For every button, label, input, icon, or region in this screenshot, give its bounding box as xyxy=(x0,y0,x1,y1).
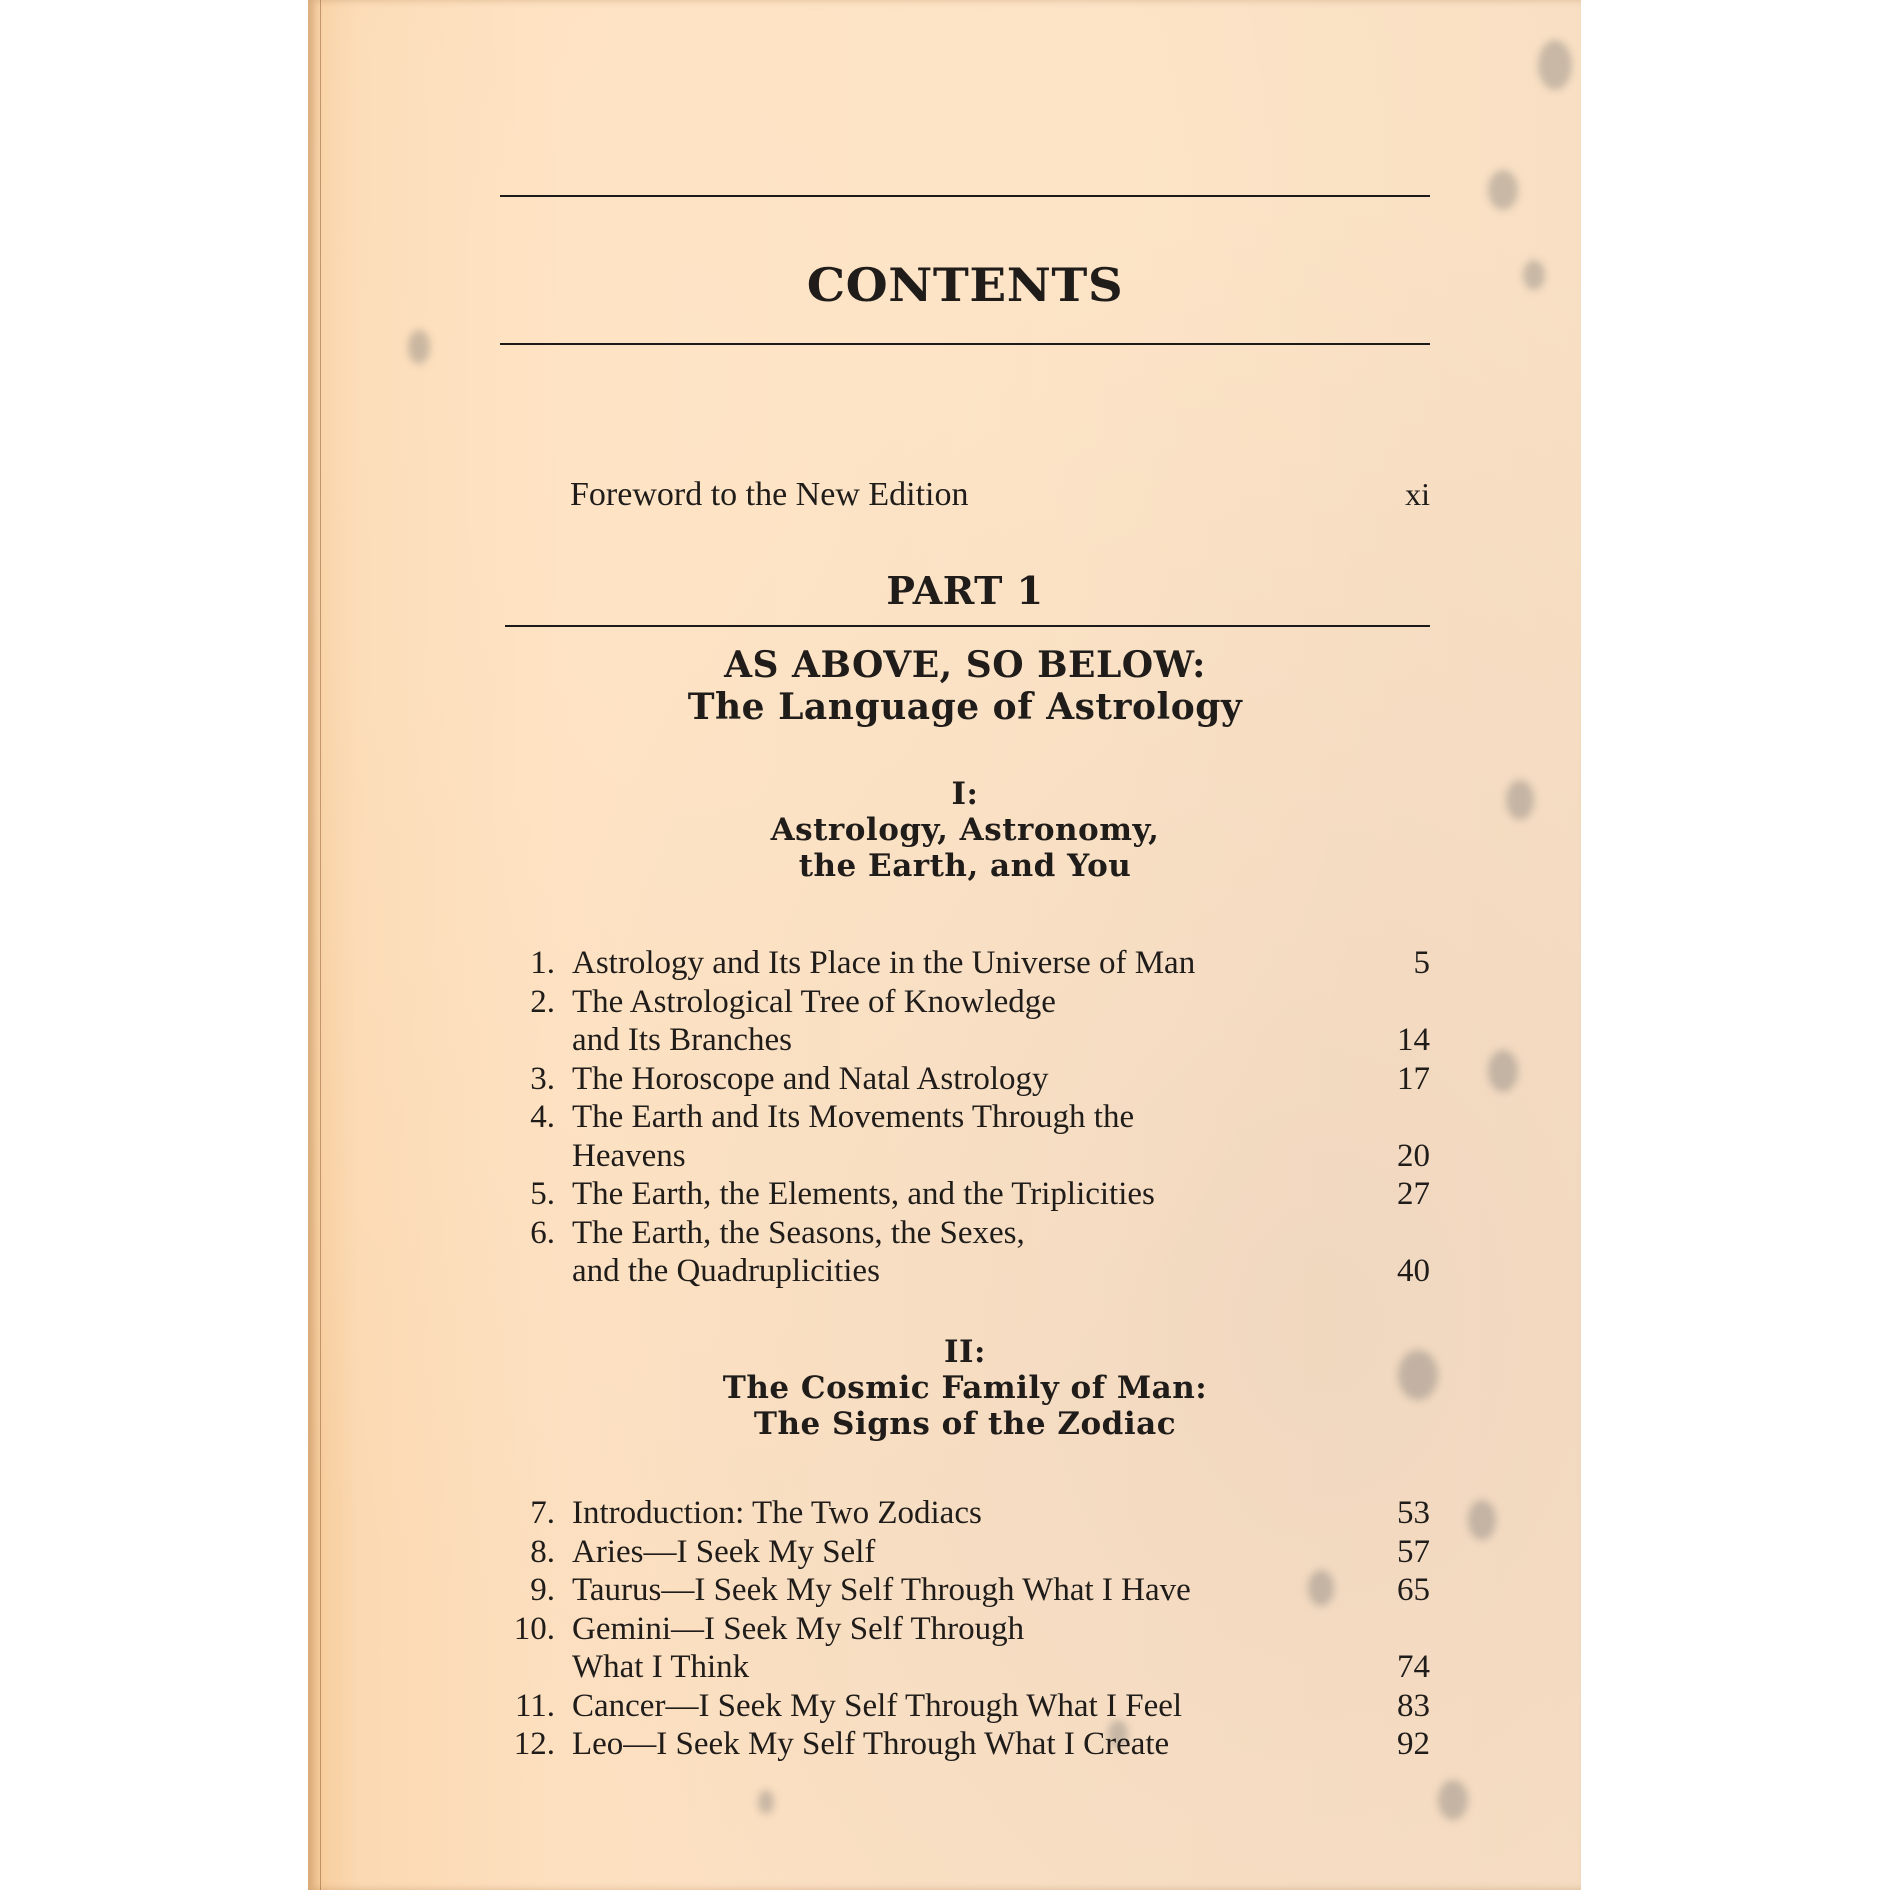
stain xyxy=(1506,780,1534,820)
title-rule xyxy=(500,343,1430,345)
toc-entry[interactable]: 4.The Earth and Its Movements Through th… xyxy=(500,1098,1430,1175)
chapter-page-number: 40 xyxy=(1397,1252,1430,1290)
chapter-title: The Earth, the Elements, and the Triplic… xyxy=(572,1175,1155,1213)
stain xyxy=(408,330,430,364)
chapter-page-number: 65 xyxy=(1397,1571,1430,1609)
chapter-title: The Earth and Its Movements Through the xyxy=(572,1098,1134,1136)
chapter-title: Gemini—I Seek My Self Through xyxy=(572,1610,1024,1648)
chapter-page-number: 53 xyxy=(1397,1494,1430,1532)
chapter-title: The Horoscope and Natal Astrology xyxy=(572,1060,1049,1098)
chapter-title: Heavens xyxy=(572,1137,686,1175)
toc-entry[interactable]: 9.Taurus—I Seek My Self Through What I H… xyxy=(500,1571,1430,1610)
stain xyxy=(1538,40,1572,90)
stain xyxy=(1468,1500,1496,1540)
toc-entry[interactable]: 1.Astrology and Its Place in the Univers… xyxy=(500,944,1430,983)
chapter-number: 9. xyxy=(495,1571,555,1609)
chapter-page-number: 20 xyxy=(1397,1137,1430,1175)
section-1-title-line2: the Earth, and You xyxy=(500,848,1430,884)
chapter-page-number: 57 xyxy=(1397,1533,1430,1571)
chapter-number: 3. xyxy=(495,1060,555,1098)
chapter-number: 4. xyxy=(495,1098,555,1136)
foreword-link[interactable]: Foreword to the New Edition xyxy=(570,476,969,514)
section-2-title-line2: The Signs of the Zodiac xyxy=(500,1406,1430,1442)
chapter-title: Leo—I Seek My Self Through What I Create xyxy=(572,1725,1169,1763)
chapter-number: 8. xyxy=(495,1533,555,1571)
section-2-numeral: II: xyxy=(500,1334,1430,1370)
part-rule xyxy=(505,625,1430,627)
foreword-page: xi xyxy=(1380,476,1430,513)
section-1-title-line1: Astrology, Astronomy, xyxy=(500,812,1430,848)
part-title-line2: The Language of Astrology xyxy=(500,686,1430,728)
chapter-title: Cancer—I Seek My Self Through What I Fee… xyxy=(572,1687,1182,1725)
chapter-number: 12. xyxy=(495,1725,555,1763)
chapter-page-number: 17 xyxy=(1397,1060,1430,1098)
page-title: CONTENTS xyxy=(477,258,1454,312)
stain xyxy=(1438,1780,1468,1820)
chapter-page-number: 74 xyxy=(1397,1648,1430,1686)
chapter-page-number: 27 xyxy=(1397,1175,1430,1213)
chapter-title: Introduction: The Two Zodiacs xyxy=(572,1494,982,1532)
chapter-title: Taurus—I Seek My Self Through What I Hav… xyxy=(572,1571,1191,1609)
section-1-numeral: I: xyxy=(500,776,1430,812)
toc-entry[interactable]: 3.The Horoscope and Natal Astrology17 xyxy=(500,1060,1430,1099)
toc-entry[interactable]: 7.Introduction: The Two Zodiacs53 xyxy=(500,1494,1430,1533)
part-label: PART 1 xyxy=(500,568,1430,613)
chapter-title: and Its Branches xyxy=(572,1021,792,1059)
stain xyxy=(1488,170,1518,210)
part-title-line1: AS ABOVE, SO BELOW: xyxy=(500,644,1430,686)
stain xyxy=(758,1790,774,1814)
chapter-page-number: 14 xyxy=(1397,1021,1430,1059)
toc-entry[interactable]: 11.Cancer—I Seek My Self Through What I … xyxy=(500,1687,1430,1726)
chapter-title: The Earth, the Seasons, the Sexes, xyxy=(572,1214,1025,1252)
chapter-page-number: 92 xyxy=(1397,1725,1430,1763)
section-2-title-line1: The Cosmic Family of Man: xyxy=(500,1370,1430,1406)
chapter-page-number: 5 xyxy=(1414,944,1431,982)
top-rule xyxy=(500,195,1430,197)
chapter-number: 6. xyxy=(495,1214,555,1252)
toc-entry[interactable]: 6.The Earth, the Seasons, the Sexes,and … xyxy=(500,1214,1430,1291)
stain xyxy=(1488,1050,1518,1092)
chapter-title: What I Think xyxy=(572,1648,749,1686)
chapter-title: Astrology and Its Place in the Universe … xyxy=(572,944,1195,982)
toc-entry[interactable]: 5.The Earth, the Elements, and the Tripl… xyxy=(500,1175,1430,1214)
chapter-title: Aries—I Seek My Self xyxy=(572,1533,875,1571)
stain xyxy=(1523,260,1545,290)
chapter-title: and the Quadruplicities xyxy=(572,1252,880,1290)
toc-entry[interactable]: 12.Leo—I Seek My Self Through What I Cre… xyxy=(500,1725,1430,1764)
chapter-title: The Astrological Tree of Knowledge xyxy=(572,983,1056,1021)
toc-entry[interactable]: 10.Gemini—I Seek My Self ThroughWhat I T… xyxy=(500,1610,1430,1687)
chapter-number: 10. xyxy=(495,1610,555,1648)
chapter-number: 5. xyxy=(495,1175,555,1213)
chapter-number: 2. xyxy=(495,983,555,1021)
toc-entry[interactable]: 8.Aries—I Seek My Self57 xyxy=(500,1533,1430,1572)
chapter-page-number: 83 xyxy=(1397,1687,1430,1725)
toc-entry[interactable]: 2.The Astrological Tree of Knowledgeand … xyxy=(500,983,1430,1060)
chapter-number: 1. xyxy=(495,944,555,982)
chapter-number: 7. xyxy=(495,1494,555,1532)
chapter-number: 11. xyxy=(495,1687,555,1725)
